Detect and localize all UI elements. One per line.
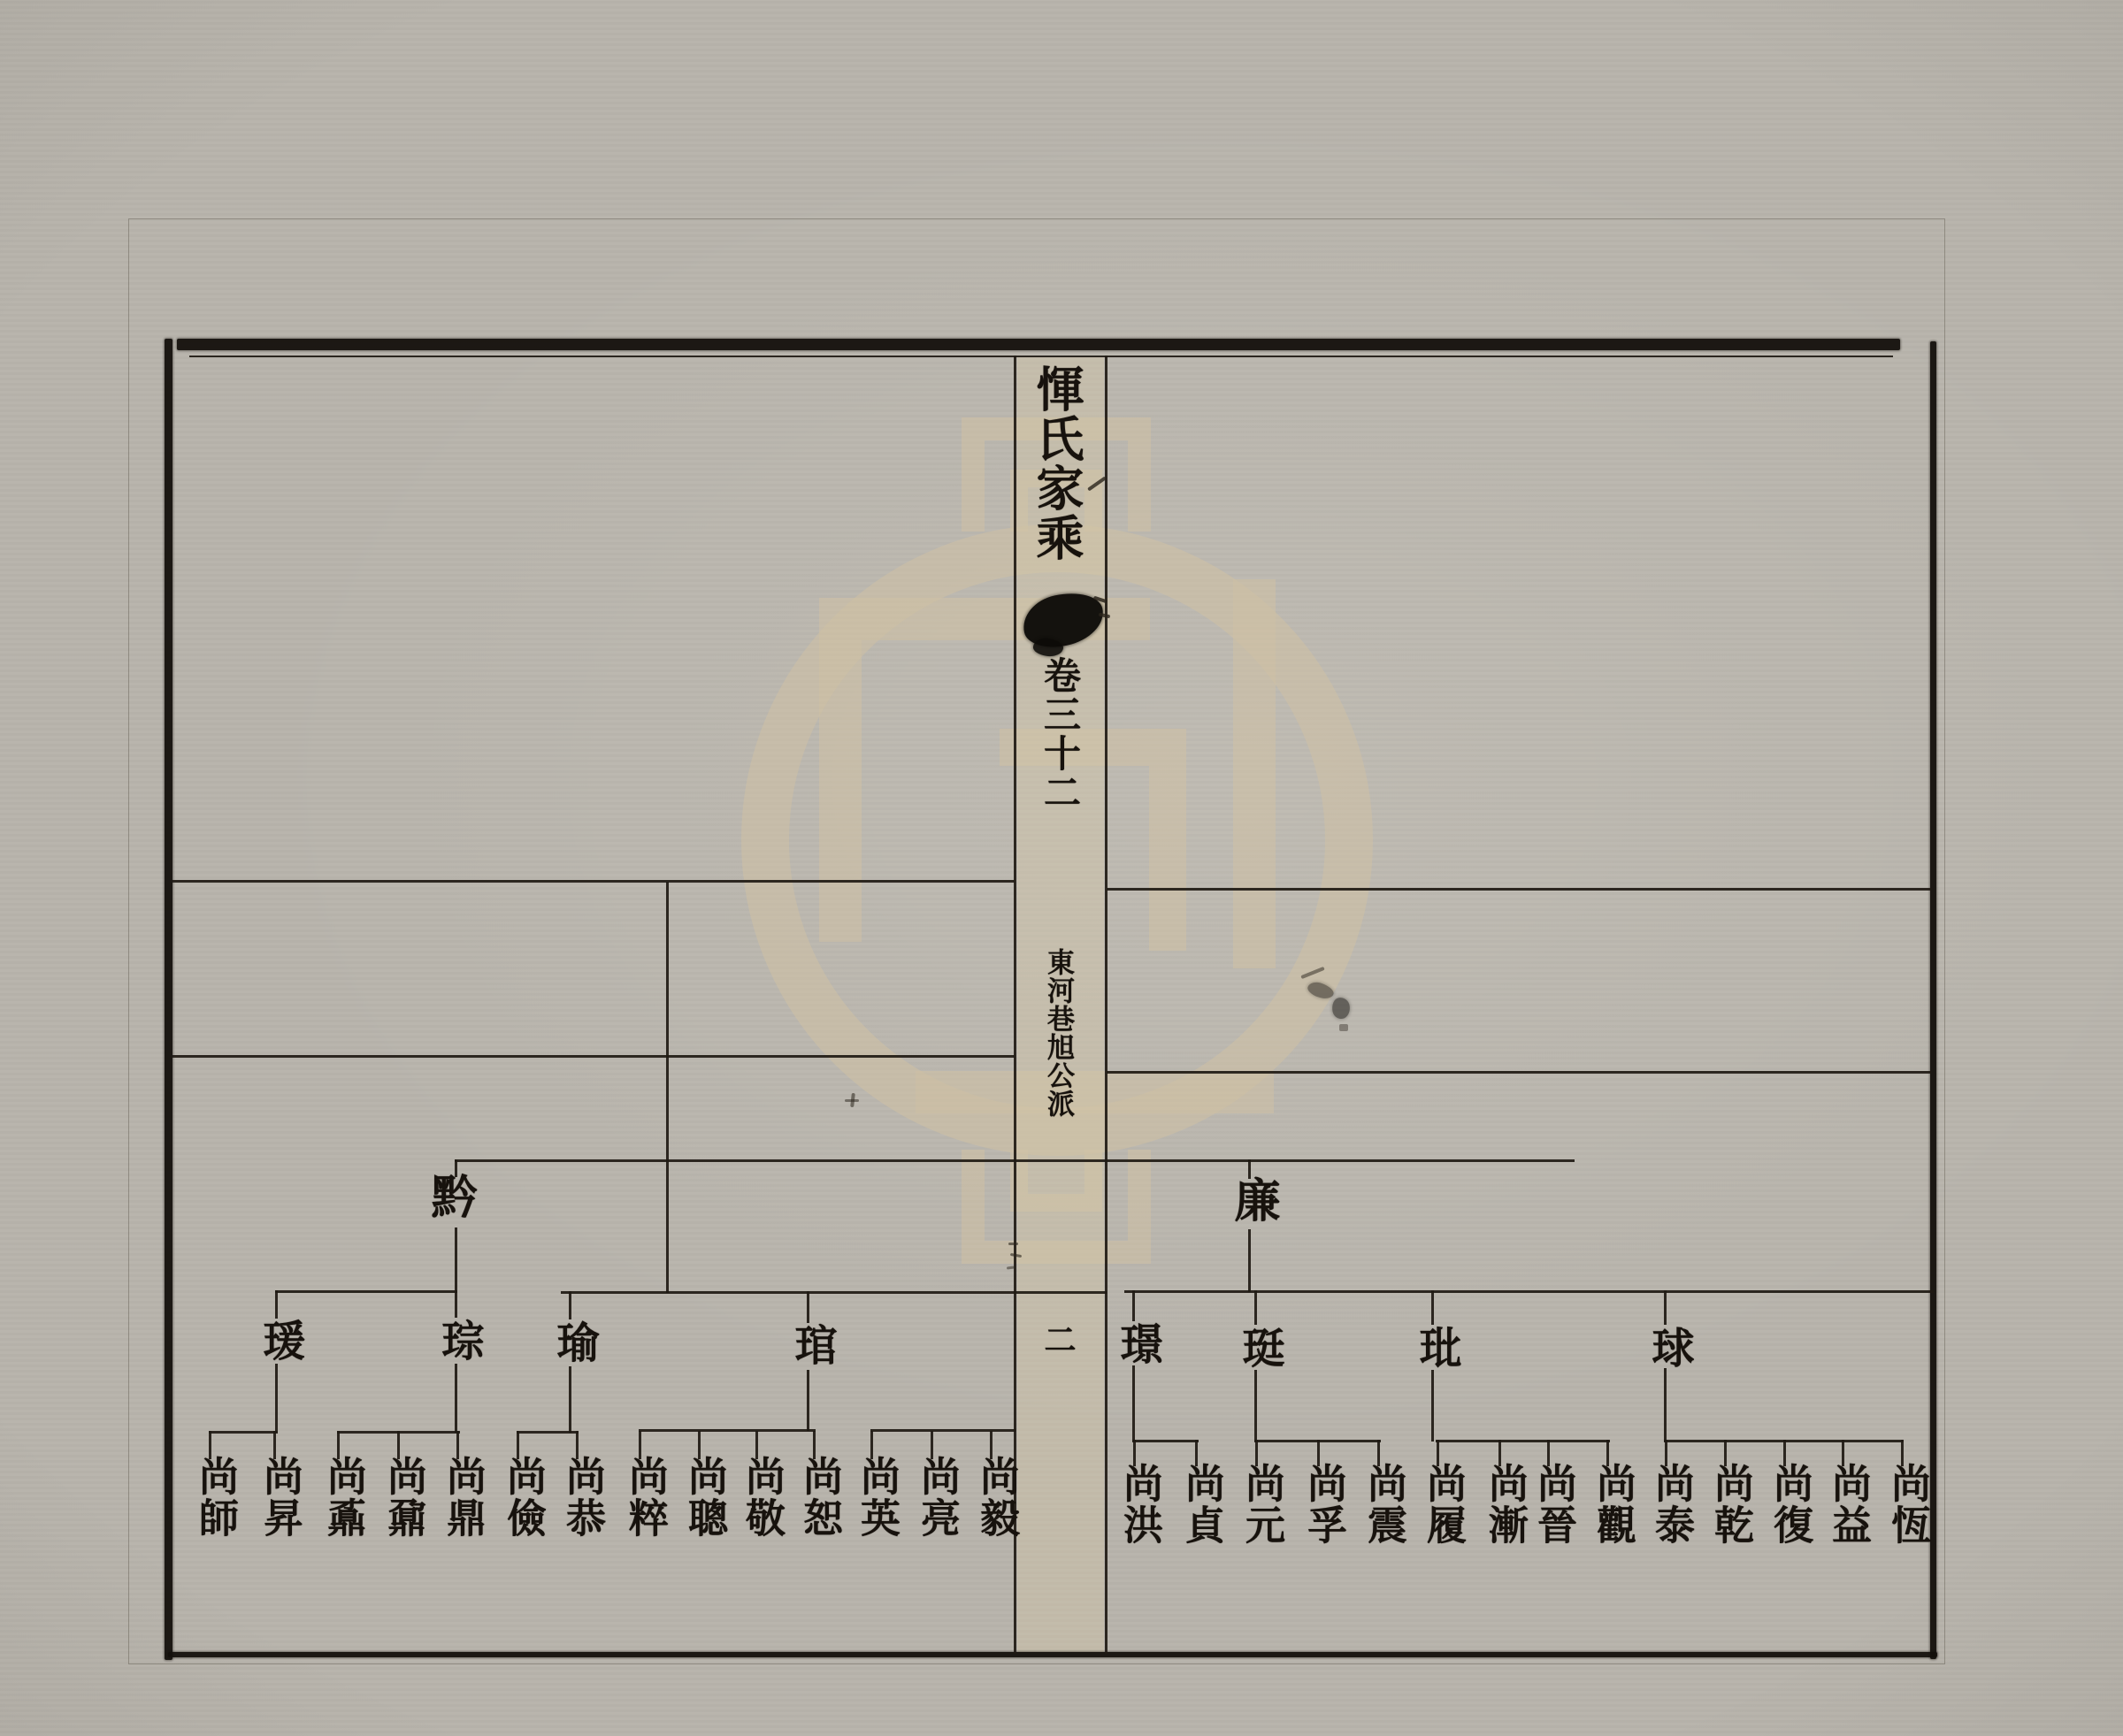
- tree-line: [666, 882, 669, 1293]
- tree-line: [569, 1366, 571, 1433]
- gen3-name: 尚師: [184, 1456, 235, 1539]
- tree-line: [561, 1291, 1107, 1294]
- gen3-name: 尚泰: [1640, 1463, 1691, 1546]
- gen3-name: 尚貞: [1170, 1463, 1222, 1546]
- tree-line: [1431, 1290, 1434, 1325]
- tree-line: [569, 1291, 571, 1319]
- tree-line: [1664, 1290, 1667, 1325]
- gen3-name: 尚儉: [492, 1456, 543, 1539]
- gen3-name: 尚履: [1412, 1463, 1463, 1546]
- tree-line: [455, 1159, 1575, 1162]
- gen3-name: 尚孚: [1292, 1463, 1344, 1546]
- tree-line: [1254, 1370, 1257, 1442]
- tree-line: [870, 1429, 1016, 1432]
- tree-line: [177, 339, 1900, 350]
- gen3-name: 尚漸: [1474, 1463, 1525, 1546]
- tree-line: [1930, 341, 1936, 1659]
- tree-line: [1664, 1368, 1667, 1442]
- tree-line: [275, 1364, 278, 1433]
- volume-label: 卷三十二: [1037, 656, 1077, 812]
- tree-line: [1248, 1229, 1251, 1292]
- gen2-name: 珽: [1230, 1326, 1281, 1370]
- gen3-name: 尚亮: [906, 1456, 957, 1539]
- tree-line: [807, 1370, 809, 1431]
- gen2-name: 琮: [429, 1319, 480, 1363]
- page-number: 二: [1039, 1323, 1074, 1357]
- tree-line: [455, 1364, 457, 1433]
- gen3-name: 尚敬: [731, 1456, 782, 1539]
- genealogy-book-scan: 惲氏家乘 卷三十二 東河巷旭公派 二 黔廉瑗琮瑜琯璟珽玭球尚師尚昇尚鼒尚鼐尚鼎尚…: [0, 0, 2123, 1736]
- tree-line: [455, 1227, 457, 1318]
- gen3-name: 尚鼐: [372, 1456, 424, 1539]
- gen2-name: 瑗: [250, 1319, 302, 1363]
- book-title: 惲氏家乘: [1030, 364, 1081, 562]
- gen3-name: 尚毅: [965, 1456, 1016, 1539]
- tree-line: [1105, 356, 1107, 1654]
- gen3-name: 尚元: [1230, 1463, 1282, 1546]
- tree-line: [1124, 1290, 1934, 1293]
- ink-speck: [1339, 1024, 1348, 1031]
- gen3-name: 尚恕: [788, 1456, 839, 1539]
- gen3-name: 尚晉: [1522, 1463, 1574, 1546]
- gen2-name: 琯: [782, 1323, 833, 1367]
- tree-line: [165, 339, 172, 1660]
- branch-label: 東河巷旭公派: [1039, 948, 1072, 1118]
- tree-line: [172, 1055, 1015, 1058]
- gen2-name: 璟: [1107, 1322, 1159, 1366]
- gen3-name: 尚昇: [249, 1456, 300, 1539]
- tree-line: [1132, 1440, 1199, 1442]
- tree-line: [1132, 1365, 1135, 1442]
- ink-speck: [845, 1099, 859, 1102]
- gen3-name: 尚復: [1759, 1463, 1810, 1546]
- gen3-name: 尚恭: [551, 1456, 602, 1539]
- tree-line: [639, 1429, 816, 1432]
- gen3-name: 尚英: [846, 1456, 897, 1539]
- tree-line: [1132, 1290, 1135, 1321]
- tree-line: [209, 1431, 278, 1434]
- tree-line: [275, 1290, 457, 1293]
- tree-line: [189, 356, 1893, 357]
- gen3-name: 尚觀: [1582, 1463, 1633, 1546]
- gen3-name: 尚鼎: [432, 1456, 483, 1539]
- gen3-name: 尚震: [1353, 1463, 1404, 1546]
- gen3-name: 尚恆: [1876, 1463, 1928, 1546]
- gen2-name: 球: [1639, 1326, 1690, 1370]
- gen2-name: 瑜: [544, 1320, 595, 1365]
- tree-line: [1254, 1290, 1257, 1325]
- gen1-name: 廉: [1224, 1176, 1276, 1224]
- gen3-name: 尚鼒: [312, 1456, 364, 1539]
- tree-line: [1107, 1071, 1931, 1074]
- tree-line: [168, 1652, 1937, 1657]
- tree-line: [1431, 1370, 1434, 1442]
- tree-line: [517, 1431, 579, 1434]
- gen3-name: 尚洪: [1108, 1463, 1160, 1546]
- tree-line: [172, 880, 1015, 883]
- gen3-name: 尚乾: [1699, 1463, 1751, 1546]
- gen2-name: 玭: [1406, 1326, 1458, 1370]
- tree-line: [275, 1290, 278, 1319]
- tree-line: [1436, 1440, 1610, 1442]
- tree-line: [1107, 888, 1931, 891]
- gen3-name: 尚粹: [614, 1456, 665, 1539]
- gen3-name: 尚聰: [673, 1456, 724, 1539]
- gen3-name: 尚益: [1817, 1463, 1868, 1546]
- tree-line: [807, 1291, 809, 1323]
- gen1-name: 黔: [421, 1173, 472, 1220]
- ink-speck: [1008, 1243, 1018, 1245]
